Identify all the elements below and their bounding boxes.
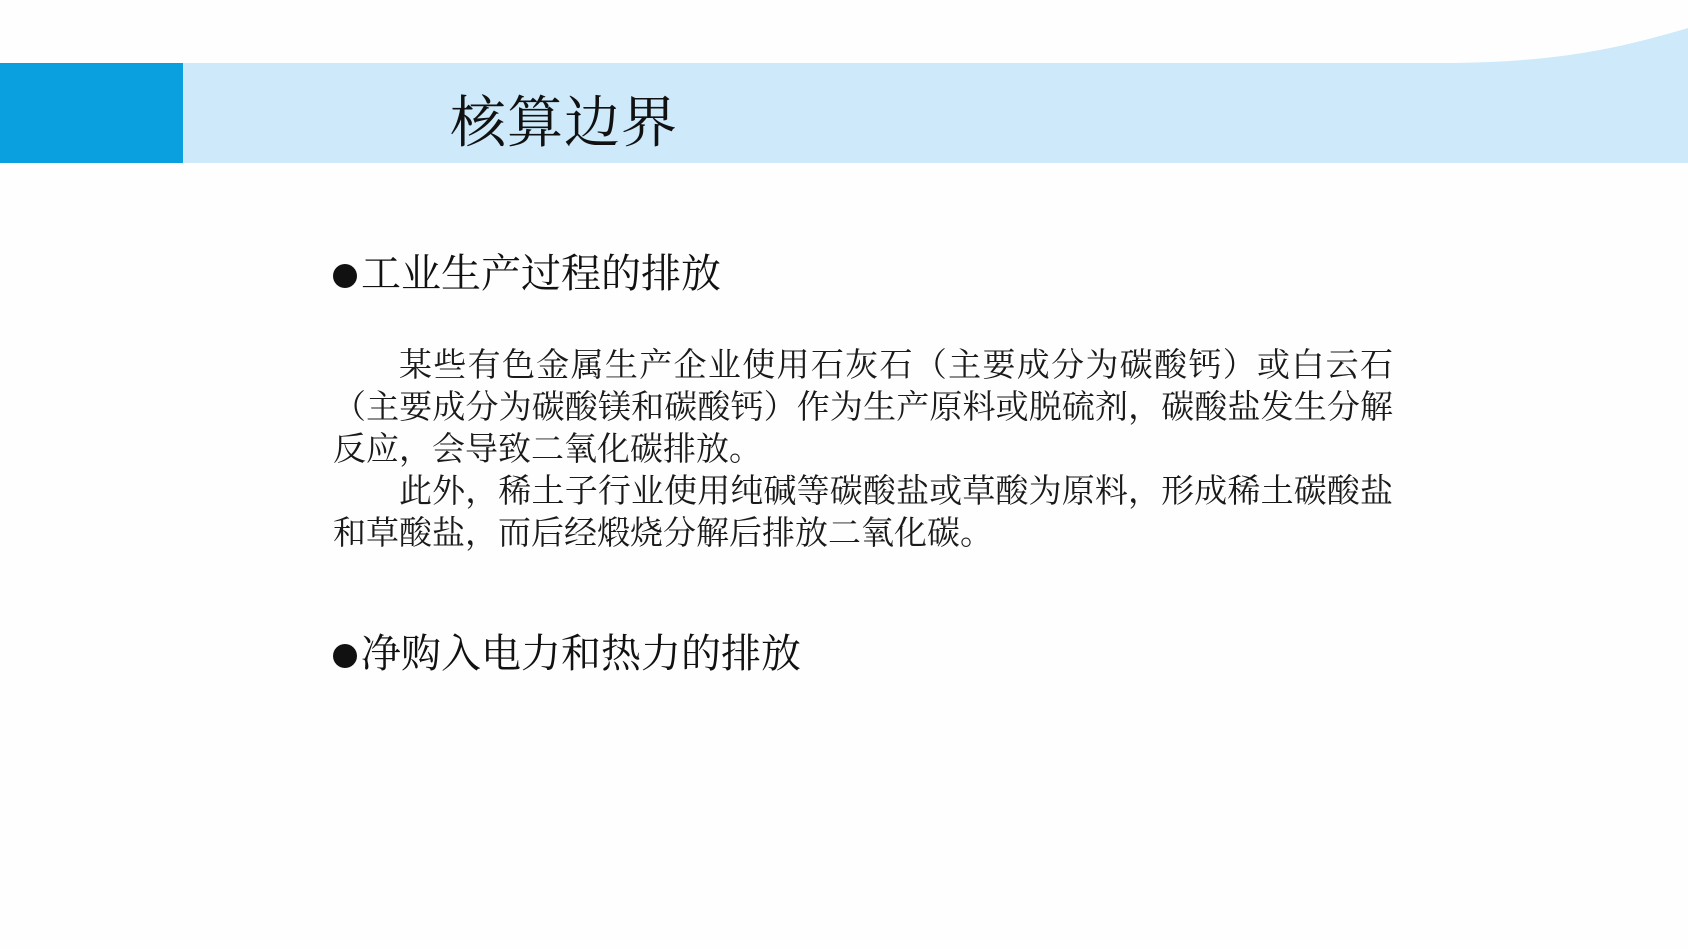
- paragraph: 某些有色金属生产企业使用石灰石（主要成分为碳酸钙）或白云石（主要成分为碳酸镁和碳…: [333, 344, 1393, 470]
- header-band-curve: [0, 0, 1688, 200]
- section-heading-text: 工业生产过程的排放: [361, 250, 721, 298]
- slide-title: 核算边界: [450, 92, 678, 156]
- section-body-industrial-process: 某些有色金属生产企业使用石灰石（主要成分为碳酸钙）或白云石（主要成分为碳酸镁和碳…: [333, 344, 1393, 554]
- section-heading-industrial-process: 工业生产过程的排放: [333, 250, 721, 298]
- bullet-icon: [333, 644, 357, 668]
- bullet-icon: [333, 264, 357, 288]
- section-heading-text: 净购入电力和热力的排放: [361, 630, 801, 678]
- slide: 核算边界 工业生产过程的排放 某些有色金属生产企业使用石灰石（主要成分为碳酸钙）…: [0, 0, 1688, 949]
- paragraph: 此外，稀土子行业使用纯碱等碳酸盐或草酸为原料，形成稀土碳酸盐和草酸盐，而后经煅烧…: [333, 470, 1393, 554]
- header-accent-block: [0, 63, 183, 163]
- section-heading-purchased-power-heat: 净购入电力和热力的排放: [333, 630, 801, 678]
